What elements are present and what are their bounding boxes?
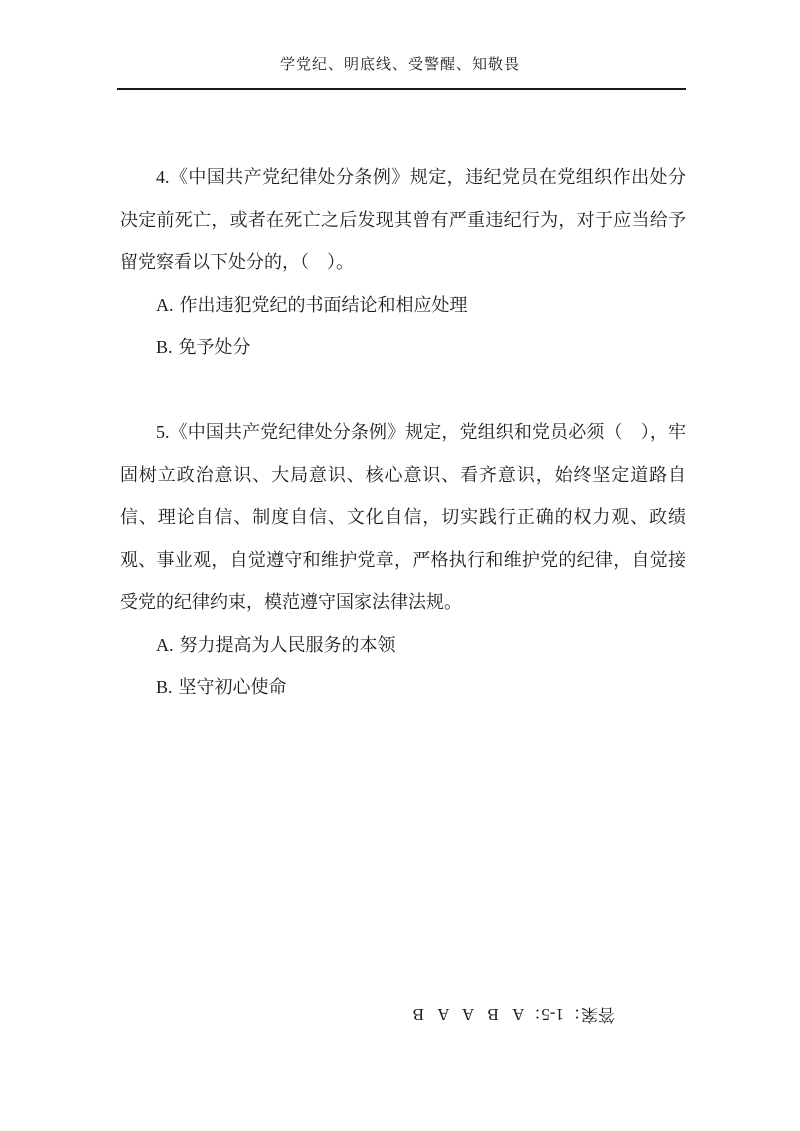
answer-key-letters: A B A A B — [408, 1005, 525, 1024]
question-4-stem: 4.《中国共产党纪律处分条例》规定，违纪党员在党组织作出处分决定前死亡，或者在死… — [120, 156, 686, 284]
document-body: 4.《中国共产党纪律处分条例》规定，违纪党员在党组织作出处分决定前死亡，或者在死… — [120, 156, 686, 709]
option-b-text: 坚守初心使命 — [179, 677, 287, 697]
answer-key-prefix: 答案：1-5： — [524, 1005, 615, 1024]
question-4-option-b: B.免予处分 — [156, 326, 686, 369]
question-5-option-b: B.坚守初心使命 — [156, 666, 686, 709]
question-5-stem: 5.《中国共产党纪律处分条例》规定，党组织和党员必须（ ），牢固树立政治意识、大… — [120, 411, 686, 624]
question-4-option-a: A.作出违犯党纪的书面结论和相应处理 — [156, 284, 686, 327]
answer-key-upside-down: 答案：1-5：A B A A B — [385, 1000, 615, 1028]
option-a-text: 努力提高为人民服务的本领 — [180, 635, 396, 655]
page-header: 学党纪、明底线、受警醒、知敬畏 — [0, 0, 800, 76]
option-b-text: 免予处分 — [179, 337, 251, 357]
option-b-label: B. — [156, 677, 173, 697]
header-title: 学党纪、明底线、受警醒、知敬畏 — [280, 57, 520, 73]
option-a-text: 作出违犯党纪的书面结论和相应处理 — [180, 295, 468, 315]
option-b-label: B. — [156, 337, 173, 357]
document-page: 学党纪、明底线、受警醒、知敬畏 4.《中国共产党纪律处分条例》规定，违纪党员在党… — [0, 0, 800, 1131]
question-5-option-a: A.努力提高为人民服务的本领 — [156, 624, 686, 667]
header-rule — [117, 88, 686, 90]
option-a-label: A. — [156, 295, 174, 315]
option-a-label: A. — [156, 635, 174, 655]
